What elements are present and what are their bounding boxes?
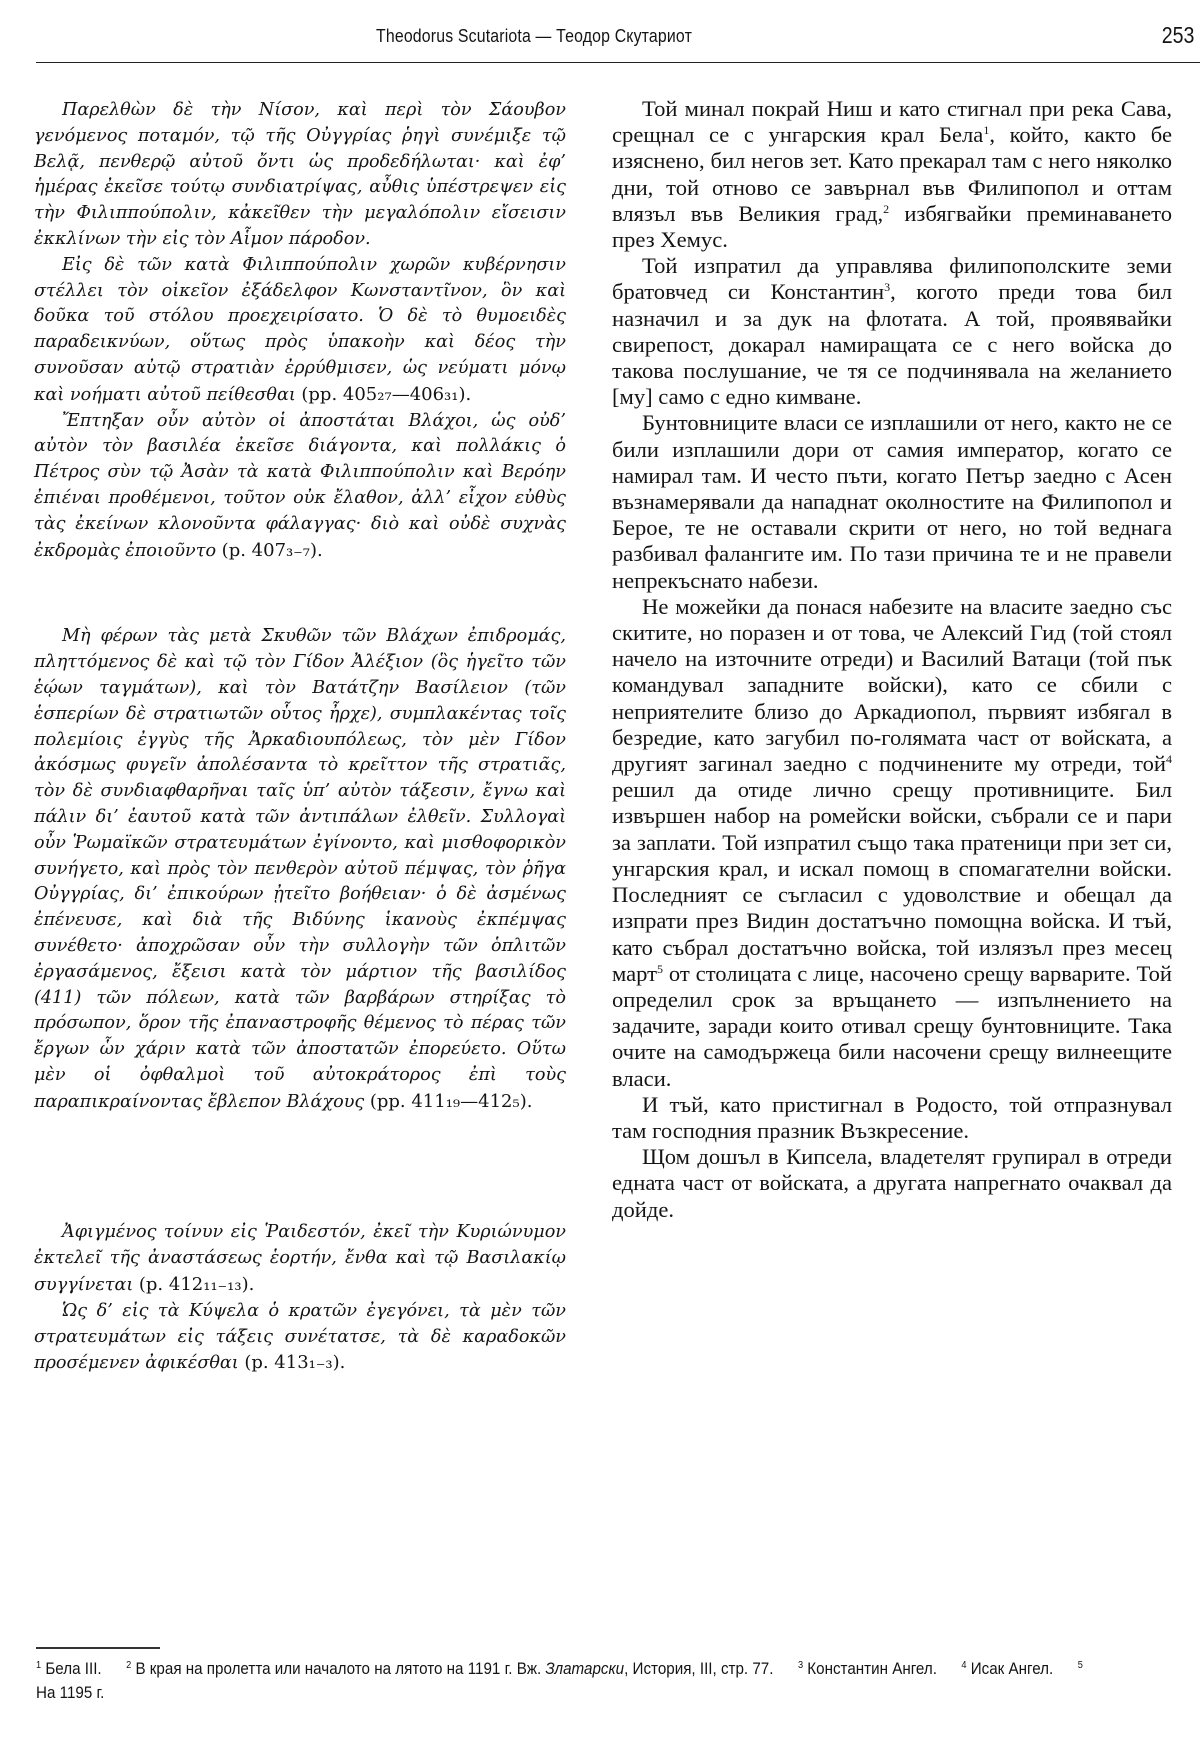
greek-paragraph: Παρελθὼν δὲ τὴν Νίσον, καὶ περὶ τὸν Σάου… [34,98,566,253]
footnotes: 1 Бела III. 2 В края на пролетта или нач… [36,1657,1094,1705]
footnote-marker: 4 [1166,752,1172,766]
greek-column: Παρελθὼν δὲ τὴν Νίσον, καὶ περὶ τὸν Σάου… [34,98,566,1377]
running-title: Theodorus Scutariota — Теодор Скутариот [376,26,692,47]
page-reference: (p. 413₁₋₃). [244,1352,345,1373]
running-header: Theodorus Scutariota — Теодор Скутариот … [36,22,1200,63]
greek-text: Εἰς δὲ τῶν κατὰ Φιλιππούπολιν χωρῶν κυβέ… [34,255,566,405]
footnote-3: 3 Константин Ангел. [798,1660,937,1678]
bulgarian-column: Той минал покрай Ниш и като стигнал при … [612,96,1172,1223]
greek-block-1: Παρελθὼν δὲ τὴν Νίσον, καὶ περὶ τὸν Σάου… [34,98,566,564]
greek-paragraph: Ὡς δ’ εἰς τὰ Κύψελα ὁ κρατῶν ἐγεγόνει, τ… [34,1299,566,1377]
greek-text: Παρελθὼν δὲ τὴν Νίσον, καὶ περὶ τὸν Σάου… [34,100,566,249]
page-reference: (pp. 405₂₇—406₃₁). [301,384,471,405]
bulgarian-paragraph: И тъй, като пристигнал в Родосто, той от… [612,1092,1172,1144]
greek-text: Ἀφιγμένος τοίνυν εἰς Ῥαιδεστόν, ἐκεῖ τὴν… [34,1222,566,1295]
section-gap [34,564,566,624]
bulgarian-paragraph: Щом дошъл в Кипсела, владетелят групирал… [612,1144,1172,1223]
greek-paragraph: Ἀφιγμένος τοίνυν εἰς Ῥαιδεστόν, ἐκεῖ τὴν… [34,1220,566,1298]
bulgarian-paragraph: Той изпратил да управлява филипополските… [612,253,1172,410]
greek-paragraph: Εἰς δὲ τῶν κατὰ Φιλιππούπολιν χωρῶν κυβέ… [34,253,566,409]
greek-block-2: Μὴ φέρων τὰς μετὰ Σκυθῶν τῶν Βλάχων ἐπιδ… [34,624,566,1115]
page-reference: (p. 407₃₋₇). [222,540,323,561]
greek-paragraph: Ἔπτηξαν οὖν αὐτὸν οἱ ἀποστάται Βλάχοι, ὡ… [34,409,566,565]
bulgarian-paragraph: Не можейки да понася набезите на власите… [612,594,1172,1092]
greek-text: Ἔπτηξαν οὖν αὐτὸν οἱ ἀποστάται Βλάχοι, ὡ… [34,411,566,561]
bulgarian-paragraph: Бунтовниците власи се изплашили от него,… [612,410,1172,593]
greek-paragraph: Μὴ φέρων τὰς μετὰ Σκυθῶν τῶν Βλάχων ἐπιδ… [34,624,566,1115]
bulgarian-paragraph: Той минал покрай Ниш и като стигнал при … [612,96,1172,253]
page-reference: (pp. 411₁₉—412₅). [370,1091,533,1112]
footnote-2: 2 В края на пролетта или началото на лят… [126,1660,773,1678]
footnote-rule [36,1647,160,1649]
section-gap [34,1115,566,1220]
page-reference: (p. 412₁₁₋₁₃). [139,1274,254,1295]
greek-text: Μὴ φέρων τὰς μετὰ Σκυθῶν τῶν Βλάχων ἐπιδ… [34,626,566,1111]
footnote-1: 1 Бела III. [36,1660,102,1678]
greek-block-3: Ἀφιγμένος τοίνυν εἰς Ῥαιδεστόν, ἐκεῖ τὴν… [34,1220,566,1377]
page-number: 253 [1161,22,1194,49]
footnote-4: 4 Исак Ангел. [961,1660,1053,1678]
